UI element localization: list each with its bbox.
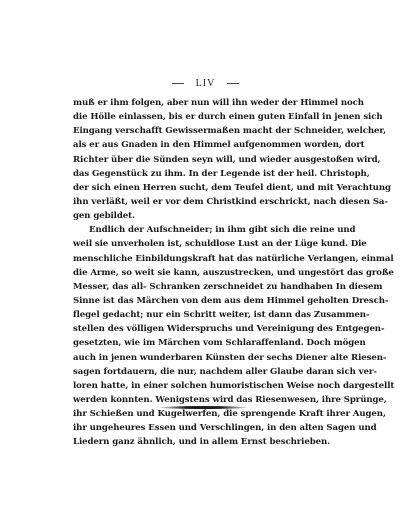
text-line: loren hatte, in einer solchen humoristis… (73, 379, 335, 393)
text-line: der sich einen Herren sucht, dem Teufel … (73, 181, 335, 195)
text-line: Endlich der Aufschneider; in ihm gibt si… (73, 223, 335, 237)
text-line: werden konnten. Wenigstens wird das Ries… (73, 393, 335, 407)
text-line: muß er ihm folgen, aber nun will ihn wed… (73, 96, 335, 110)
text-line: stellen des völligen Widerspruchs und Ve… (73, 322, 335, 336)
text-line: die Hölle einlassen, bis er durch einen … (73, 110, 335, 124)
page-number: LIV (196, 78, 216, 89)
paragraph: Endlich der Aufschneider; in ihm gibt si… (73, 223, 335, 449)
text-line: die Arme, so weit sie kann, auszustrecke… (73, 266, 335, 280)
header-dash-right (227, 83, 239, 85)
text-line: das Gegenstück zu ihm. In der Legende is… (73, 167, 335, 181)
body-text: muß er ihm folgen, aber nun will ihn wed… (73, 96, 335, 450)
text-line: Liedern ganz ähnlich, und in allem Ernst… (73, 435, 335, 449)
text-line: gen gebildet. (73, 209, 335, 223)
text-line: Eingang verschafft Gewissermaßen macht d… (73, 124, 335, 138)
text-line: Messer, das all- Schranken zerschneidet … (73, 280, 335, 294)
text-line: auch in jenen wunderbaren Künsten der se… (73, 351, 335, 365)
section-end-rule (160, 406, 247, 409)
paragraph: muß er ihm folgen, aber nun will ihn wed… (73, 96, 335, 223)
text-line: als er aus Gnaden in den Himmel aufgenom… (73, 138, 335, 152)
text-line: gesetzten, wie im Märchen vom Schlaraffe… (73, 336, 335, 350)
text-line: weil sie unverholen ist, schuldlose Lust… (73, 237, 335, 251)
text-line: Sinne ist das Märchen von dem aus dem Hi… (73, 294, 335, 308)
text-line: sagen fortdauern, die nur, nachdem aller… (73, 365, 335, 379)
page-header: LIV (0, 78, 411, 90)
header-dash-left (172, 83, 184, 85)
text-line: flegel gedacht; nur ein Schritt weiter, … (73, 308, 335, 322)
text-line: menschliche Einbildungskraft hat das nat… (73, 252, 335, 266)
text-line: ihn verläßt, weil er vor dem Christkind … (73, 195, 335, 209)
text-line: ihr Schießen und Kugelwerfen, die spreng… (73, 407, 335, 421)
text-line: ihr ungeheures Essen und Verschlingen, i… (73, 421, 335, 435)
text-line: Richter über die Sünden seyn will, und w… (73, 153, 335, 167)
